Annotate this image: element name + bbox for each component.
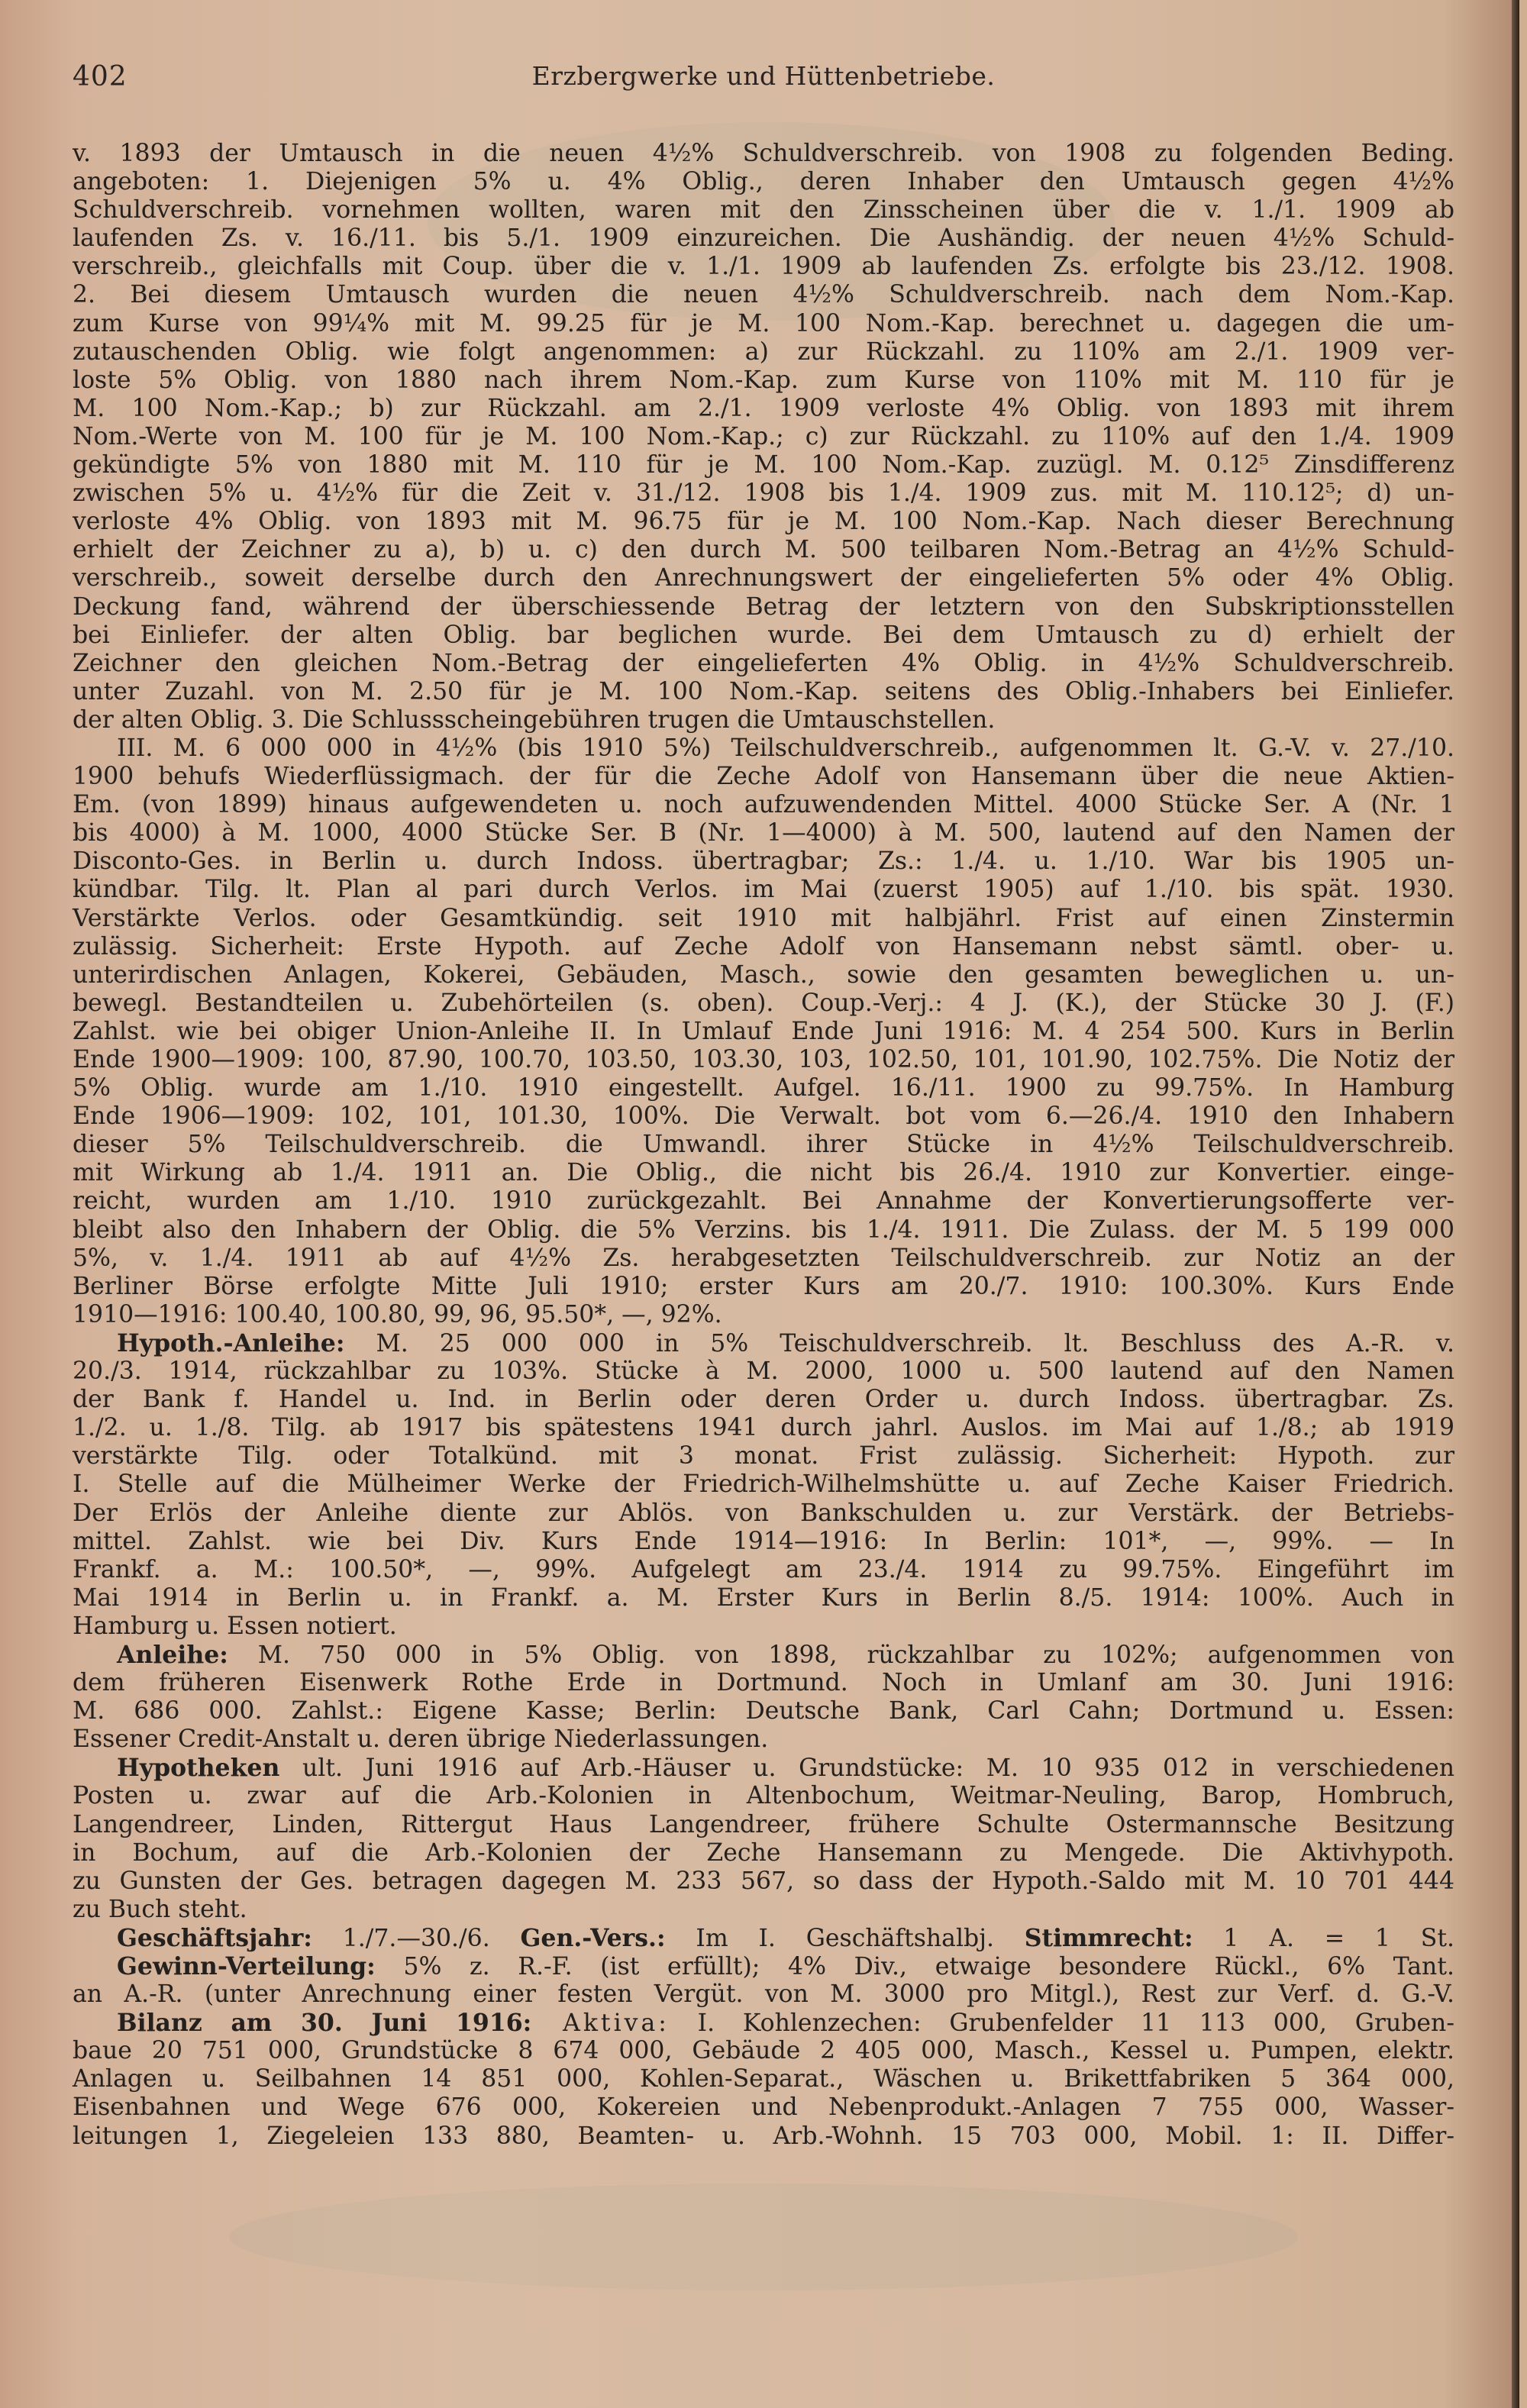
text-line: 1./2. u. 1./8. Tilg. ab 1917 bis spätest… bbox=[73, 1414, 1454, 1442]
text-line: Schuldverschreib. vornehmen wollten, war… bbox=[73, 196, 1454, 224]
text-line: 2. Bei diesem Umtausch wurden die neuen … bbox=[73, 281, 1454, 309]
paragraph-hypotheken: Hypotheken ult. Juni 1916 auf Arb.-Häuse… bbox=[73, 1754, 1454, 1924]
text-line: angeboten: 1. Diejenigen 5% u. 4% Oblig.… bbox=[73, 168, 1454, 196]
text-line: Hypoth.-Anleihe: M. 25 000 000 in 5% Tei… bbox=[73, 1329, 1454, 1357]
paragraph-conversion-terms: v. 1893 der Umtausch in die neuen 4½% Sc… bbox=[73, 140, 1454, 734]
text-line: Nom.-Werte von M. 100 für je M. 100 Nom.… bbox=[73, 423, 1454, 451]
text-line: bei Einliefer. der alten Oblig. bar begl… bbox=[73, 621, 1454, 650]
text-line: Verstärkte Verlos. oder Gesamtkündig. se… bbox=[73, 905, 1454, 933]
section-label: Gewinn-Verteilung: bbox=[117, 1952, 376, 1980]
text-line: 1910—1916: 100.40, 100.80, 99, 96, 95.50… bbox=[73, 1301, 1454, 1329]
page-edge bbox=[1512, 0, 1519, 2408]
text-line: in Bochum, auf die Arb.-Kolonien der Zec… bbox=[73, 1839, 1454, 1867]
text-line: Gewinn-Verteilung: 5% z. R.-F. (ist erfü… bbox=[73, 1952, 1454, 1980]
section-label: Bilanz am 30. Juni 1916: bbox=[117, 2009, 531, 2037]
text-line: Berliner Börse erfolgte Mitte Juli 1910;… bbox=[73, 1273, 1454, 1301]
text-line: Mai 1914 in Berlin u. in Frankf. a. M. E… bbox=[73, 1584, 1454, 1612]
section-label: Stimmrecht: bbox=[1025, 1924, 1193, 1952]
text-line: bis 4000) à M. 1000, 4000 Stücke Ser. B … bbox=[73, 819, 1454, 847]
text-line: v. 1893 der Umtausch in die neuen 4½% Sc… bbox=[73, 140, 1454, 168]
text-line: verschreib., soweit derselbe durch den A… bbox=[73, 564, 1454, 592]
text-line: 5%, v. 1./4. 1911 ab auf 4½% Zs. herabge… bbox=[73, 1244, 1454, 1273]
paragraph-hypoth-anleihe: Hypoth.-Anleihe: M. 25 000 000 in 5% Tei… bbox=[73, 1329, 1454, 1641]
page-header: 402 Erzbergwerke und Hüttenbetriebe. bbox=[73, 61, 1454, 99]
paragraph-geschaeftsjahr: Geschäftsjahr: 1./7.—30./6. Gen.-Vers.: … bbox=[73, 1924, 1454, 1952]
text-line: Zeichner den gleichen Nom.-Betrag der ei… bbox=[73, 650, 1454, 678]
text-line: Langendreer, Linden, Rittergut Haus Lang… bbox=[73, 1811, 1454, 1839]
text-line: Em. (von 1899) hinaus aufgewendeten u. n… bbox=[73, 791, 1454, 819]
text-line: Frankf. a. M.: 100.50*, —, 99%. Aufgeleg… bbox=[73, 1556, 1454, 1584]
text-line: Disconto-Ges. in Berlin u. durch Indoss.… bbox=[73, 847, 1454, 876]
text-line: baue 20 751 000, Grundstücke 8 674 000, … bbox=[73, 2037, 1454, 2065]
text-line: verstärkte Tilg. oder Totalkünd. mit 3 m… bbox=[73, 1442, 1454, 1470]
text-line: loste 5% Oblig. von 1880 nach ihrem Nom.… bbox=[73, 366, 1454, 395]
text-line: bleibt also den Inhabern der Oblig. die … bbox=[73, 1216, 1454, 1244]
text-line: zum Kurse von 99¼% mit M. 99.25 für je M… bbox=[73, 310, 1454, 338]
paragraph-bilanz: Bilanz am 30. Juni 1916: Aktiva: I. Kohl… bbox=[73, 2009, 1454, 2150]
scanned-page: 402 Erzbergwerke und Hüttenbetriebe. v. … bbox=[0, 0, 1519, 2408]
text-line: Bilanz am 30. Juni 1916: Aktiva: I. Kohl… bbox=[73, 2009, 1454, 2037]
paragraph-anleihe: Anleihe: M. 750 000 in 5% Oblig. von 189… bbox=[73, 1641, 1454, 1754]
text-line: unter Zuzahl. von M. 2.50 für je M. 100 … bbox=[73, 678, 1454, 706]
text-line: erhielt der Zeichner zu a), b) u. c) den… bbox=[73, 536, 1454, 564]
text-line: Anleihe: M. 750 000 in 5% Oblig. von 189… bbox=[73, 1641, 1454, 1669]
text-line: zu Gunsten der Ges. betragen dagegen M. … bbox=[73, 1867, 1454, 1896]
text-line: kündbar. Tilg. lt. Plan al pari durch Ve… bbox=[73, 876, 1454, 904]
text-line: Ende 1900—1909: 100, 87.90, 100.70, 103.… bbox=[73, 1046, 1454, 1074]
text-line: dem früheren Eisenwerk Rothe Erde in Dor… bbox=[73, 1669, 1454, 1697]
text-line: unterirdischen Anlagen, Kokerei, Gebäude… bbox=[73, 961, 1454, 989]
aktiva-label: Aktiva: bbox=[531, 2009, 670, 2037]
text-line: zutauschenden Oblig. wie folgt angenomme… bbox=[73, 338, 1454, 366]
text-line: verloste 4% Oblig. von 1893 mit M. 96.75… bbox=[73, 508, 1454, 536]
body-text: v. 1893 der Umtausch in die neuen 4½% Sc… bbox=[73, 140, 1454, 2151]
text-line: zulässig. Sicherheit: Erste Hypoth. auf … bbox=[73, 933, 1454, 961]
section-label: Hypoth.-Anleihe: bbox=[117, 1329, 344, 1357]
text-line: M. 686 000. Zahlst.: Eigene Kasse; Berli… bbox=[73, 1697, 1454, 1725]
text-line: leitungen 1, Ziegeleien 133 880, Beamten… bbox=[73, 2122, 1454, 2151]
paragraph-loan-iii: III. M. 6 000 000 in 4½% (bis 1910 5%) T… bbox=[73, 734, 1454, 1329]
text-line: dieser 5% Teilschuldverschreib. die Umwa… bbox=[73, 1131, 1454, 1159]
text-line: verschreib., gleichfalls mit Coup. über … bbox=[73, 253, 1454, 281]
text-line: M. 100 Nom.-Kap.; b) zur Rückzahl. am 2.… bbox=[73, 395, 1454, 423]
section-label: Gen.-Vers.: bbox=[521, 1924, 666, 1952]
running-head: Erzbergwerke und Hüttenbetriebe. bbox=[73, 61, 1454, 91]
text-line: der Bank f. Handel u. Ind. in Berlin ode… bbox=[73, 1386, 1454, 1414]
text-line: der alten Oblig. 3. Die Schlussscheingeb… bbox=[73, 706, 1454, 734]
section-label: Anleihe: bbox=[117, 1641, 228, 1669]
section-label: Geschäftsjahr: bbox=[117, 1924, 312, 1952]
text-line: zwischen 5% u. 4½% für die Zeit v. 31./1… bbox=[73, 479, 1454, 508]
text-line: mittel. Zahlst. wie bei Div. Kurs Ende 1… bbox=[73, 1528, 1454, 1556]
text-line: bewegl. Bestandteilen u. Zubehörteilen (… bbox=[73, 989, 1454, 1018]
text-line: Eisenbahnen und Wege 676 000, Kokereien … bbox=[73, 2093, 1454, 2122]
text-line: Essener Credit-Anstalt u. deren übrige N… bbox=[73, 1725, 1454, 1754]
text-line: Hypotheken ult. Juni 1916 auf Arb.-Häuse… bbox=[73, 1754, 1454, 1782]
paper-stain bbox=[229, 2184, 1298, 2290]
text-line: 20./3. 1914, rückzahlbar zu 103%. Stücke… bbox=[73, 1357, 1454, 1386]
text-line: reicht, wurden am 1./10. 1910 zurückgeza… bbox=[73, 1187, 1454, 1215]
text-line: Der Erlös der Anleihe diente zur Ablös. … bbox=[73, 1499, 1454, 1528]
text-line: Anlagen u. Seilbahnen 14 851 000, Kohlen… bbox=[73, 2065, 1454, 2093]
text-line: III. M. 6 000 000 in 4½% (bis 1910 5%) T… bbox=[73, 734, 1454, 763]
section-label: Hypotheken bbox=[117, 1754, 279, 1782]
text-line: Zahlst. wie bei obiger Union-Anleihe II.… bbox=[73, 1018, 1454, 1046]
text-line: Ende 1906—1909: 102, 101, 101.30, 100%. … bbox=[73, 1102, 1454, 1131]
text-line: 1900 behufs Wiederflüssigmach. der für d… bbox=[73, 763, 1454, 791]
text-line: Posten u. zwar auf die Arb.-Kolonien in … bbox=[73, 1782, 1454, 1810]
text-line: Geschäftsjahr: 1./7.—30./6. Gen.-Vers.: … bbox=[73, 1924, 1454, 1952]
text-line: gekündigte 5% von 1880 mit M. 110 für je… bbox=[73, 451, 1454, 479]
paragraph-gewinn-verteilung: Gewinn-Verteilung: 5% z. R.-F. (ist erfü… bbox=[73, 1952, 1454, 2009]
text-line: an A.-R. (unter Anrechnung einer festen … bbox=[73, 1980, 1454, 2009]
text-line: laufenden Zs. v. 16./11. bis 5./1. 1909 … bbox=[73, 224, 1454, 253]
text-line: mit Wirkung ab 1./4. 1911 an. Die Oblig.… bbox=[73, 1159, 1454, 1187]
text-line: I. Stelle auf die Mülheimer Werke der Fr… bbox=[73, 1470, 1454, 1499]
text-line: zu Buch steht. bbox=[73, 1896, 1454, 1924]
text-line: 5% Oblig. wurde am 1./10. 1910 eingestel… bbox=[73, 1074, 1454, 1102]
text-line: Hamburg u. Essen notiert. bbox=[73, 1612, 1454, 1641]
text-line: Deckung fand, während der überschiessend… bbox=[73, 593, 1454, 621]
